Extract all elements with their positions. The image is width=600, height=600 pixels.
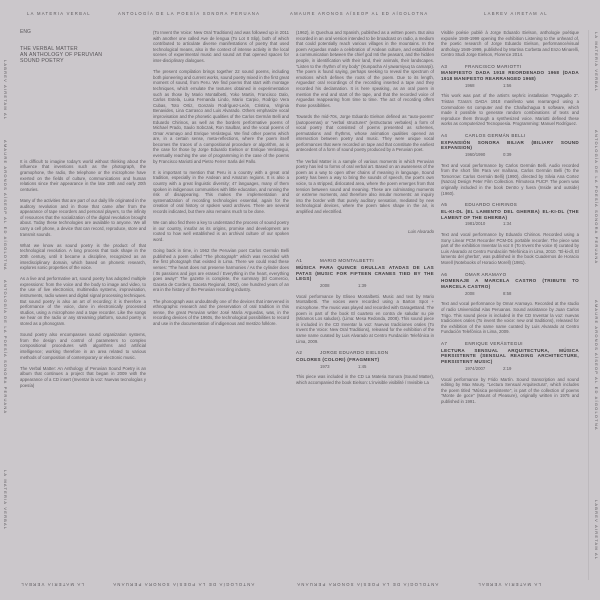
header-title-3: AMAURE ARONOS AÍSEOP AL ED AÍGOLOTNA (290, 11, 429, 16)
essay-paragraph: Towards the mid-70s, Jorge Eduardo Eiels… (296, 114, 434, 153)
essay-paragraph: The phonograph was undoubtedly one of th… (153, 299, 289, 327)
track-duration: 1:45 (358, 364, 366, 370)
left-margin-title-4: LA MATERIA VERBAL (3, 470, 8, 530)
track-number: A1 (296, 258, 320, 264)
footer-title-3: ANTOLOGÍA DE LA POESÍA SONORA PERUANA (296, 582, 438, 587)
track-number: A5 (441, 202, 465, 208)
track-description: Vocal performance by Eliseo Montalbetti.… (296, 294, 434, 344)
track-entry: A6 OMAR ARAMAYO HOMENAJE A MARCELA CASTR… (441, 272, 579, 335)
track-description: Vocal performance by Frido Martín. Sound… (441, 377, 579, 405)
track-entry: A7 ENRIQUE VERÁSTEGUI LECTURA SENSUAL AR… (441, 341, 579, 405)
track-year: 1974/2007 (465, 366, 503, 372)
essay-paragraph: Sound poetry also encompasses sound orga… (20, 332, 146, 360)
track-number: A4 (441, 133, 465, 139)
track-duration: 1:34 (503, 221, 511, 227)
track-year: 1968 (465, 83, 503, 89)
essay-paragraph: It is difficult to imagine today's world… (20, 159, 146, 193)
track-number: A2 (296, 350, 320, 356)
track-description: Text and vocal performance by Carlos Ger… (441, 163, 579, 197)
right-margin-title-2: ANTOLOGÍA DE LA POESÍA SONORA PERUANA (594, 130, 599, 264)
track-year: 2008 (320, 283, 358, 289)
essay-paragraph: The Verbal Matter: An Anthology of Peruv… (20, 366, 146, 388)
track-entry: A3 FRANCISCO MARIOTTI MANIFIESTO DADA 19… (441, 64, 579, 127)
track-title: MANIFIESTO DADA 1918 REORDENADO 1968 (DA… (441, 70, 579, 82)
essay-signature: Luis Alvarado (296, 229, 434, 235)
track-continuation: Visible poésie publié à Jorge Eduardo Ei… (441, 30, 579, 58)
track-duration: 8:58 (503, 291, 511, 297)
essay-paragraph: The Verbal Matter is a sample of various… (296, 159, 434, 215)
essay-paragraph: As a live and performative art, sound po… (20, 276, 146, 326)
left-margin-title-3: ANTOLOGÍA DE LA POESÍA SONORA PERUANA (3, 280, 8, 414)
column-1-essay: ENG THE VERBAL MATTER AN ANTHOLOGY OF PE… (20, 30, 146, 394)
right-margin-title-3: AMAURE ARONOS AÍSEOP AL ED AÍGOLOTNA (594, 300, 599, 431)
track-entry: A2 JORGE EDUARDO EIELSON COLORES (COLORI… (296, 350, 434, 385)
track-artist: JORGE EDUARDO EIELSON (320, 350, 388, 356)
column-4-tracks: Visible poésie publié à Jorge Eduardo Ei… (441, 30, 579, 410)
essay-title: THE VERBAL MATTER AN ANTHOLOGY OF PERUVI… (20, 46, 146, 65)
column-2-essay: (To Invent the Voice: New Oral Tradition… (153, 30, 289, 332)
footer-title-4: LA MATERIA VERBAL (477, 582, 541, 587)
track-description: Text and vocal performance by Omar Arama… (441, 301, 579, 335)
right-margin-title-1: LA MATERIA VERBAL (594, 32, 599, 92)
track-duration: 1:56 (503, 83, 511, 89)
essay-paragraph: We can also find there a key to understa… (153, 220, 289, 242)
column-3-essay-and-tracks: (1962), in Quechua and Spanish, publishe… (296, 30, 434, 391)
track-title: MÚSICA PARA QUINCE GRULLAS ATADAS DE LAS… (296, 265, 434, 282)
track-year: 1981/2010 (465, 221, 503, 227)
track-duration: 0:39 (503, 152, 511, 158)
track-entry: A1 MARIO MONTALBETTI MÚSICA PARA QUINCE … (296, 258, 434, 344)
essay-paragraph: (1962), in Quechua and Spanish, publishe… (296, 30, 434, 108)
track-description: Text and vocal performance by Eduardo Ch… (441, 232, 579, 266)
track-title: COLORES (COLORI) (FRAGMENT) (296, 357, 434, 363)
track-entry: A5 EDUARDO CHIRINOS EL-KI-DL (EL LAMENTO… (441, 202, 579, 265)
track-number: A6 (441, 272, 465, 278)
track-title: EL-KI-DL (EL LAMENTO DEL GHERBA) EL-KI-D… (441, 209, 579, 221)
header-running-titles: LA MATERIA VERBAL ANTOLOGÍA DE LA POESÍA… (0, 6, 600, 20)
track-artist: MARIO MONTALBETTI (320, 258, 374, 264)
essay-paragraph: The present compilation brings together … (153, 69, 289, 164)
track-artist: EDUARDO CHIRINOS (465, 202, 517, 208)
header-title-2: ANTOLOGÍA DE LA POESÍA SONORA PERUANA (118, 11, 260, 16)
track-entry: A4 CARLOS GERMÁN BELLI EXPANSIÓN SONORA … (441, 133, 579, 196)
right-margin-running-titles: LA MATERIA VERBAL ANTOLOGÍA DE LA POESÍA… (588, 30, 598, 580)
essay-paragraph: (To Invent the Voice: New Oral Tradition… (153, 30, 289, 64)
footer-title-2: ANTOLOGÍA DE LA POESÍA SONORA PERUANA (112, 582, 254, 587)
left-margin-title-1: LABREV AIRETAM AL (3, 60, 8, 120)
track-title: EXPANSIÓN SONORA BILIAR (BILIARY SOUND E… (441, 140, 579, 152)
track-year: 1973 (320, 364, 358, 370)
track-year: 1960/1990 (465, 152, 503, 158)
footer-running-titles: LA MATERIA VERBAL ANTOLOGÍA DE LA POESÍA… (0, 582, 600, 596)
track-title: LECTURA SENSUAL ARQUITECTURA, MÚSICA PER… (441, 348, 579, 365)
header-title-4: LABREV AIRETAM AL (484, 11, 548, 16)
track-description: This work was part of the artist's sephr… (441, 93, 579, 127)
track-artist: ENRIQUE VERÁSTEGUI (465, 341, 523, 347)
essay-paragraph: What we know as sound poetry is the prod… (20, 243, 146, 271)
essay-paragraph: Many of the activities that are part of … (20, 198, 146, 237)
track-artist: OMAR ARAMAYO (465, 272, 506, 278)
track-duration: 2:19 (503, 366, 511, 372)
album-booklet-page: LA MATERIA VERBAL ANTOLOGÍA DE LA POESÍA… (0, 0, 600, 600)
footer-title-1: LA MATERIA VERBAL (20, 582, 84, 587)
essay-paragraph: Going back in time, in 1962 the Peruvian… (153, 248, 289, 293)
track-title: HOMENAJE A MARCELA CASTRO (TRIBUTE TO MA… (441, 278, 579, 290)
track-duration: 1:39 (358, 283, 366, 289)
essay-paragraph: It is important to mention that Peru is … (153, 170, 289, 215)
track-year: 2008 (465, 291, 503, 297)
track-number: A7 (441, 341, 465, 347)
right-margin-title-4: LABREV AIRETAM AL (594, 500, 599, 560)
track-number: A3 (441, 64, 465, 70)
header-title-1: LA MATERIA VERBAL (27, 11, 91, 16)
track-description: This piece was included in the CD La Mat… (296, 374, 434, 385)
track-artist: CARLOS GERMÁN BELLI (465, 133, 526, 139)
track-artist: FRANCISCO MARIOTTI (465, 64, 521, 70)
left-margin-running-titles: LABREV AIRETAM AL AMAURE ARONOS AÍSEOP A… (2, 30, 10, 580)
language-label: ENG (20, 30, 146, 36)
left-margin-title-2: AMAURE ARONOS AÍSEOP AL ED AÍGOLOTNA (3, 140, 8, 271)
